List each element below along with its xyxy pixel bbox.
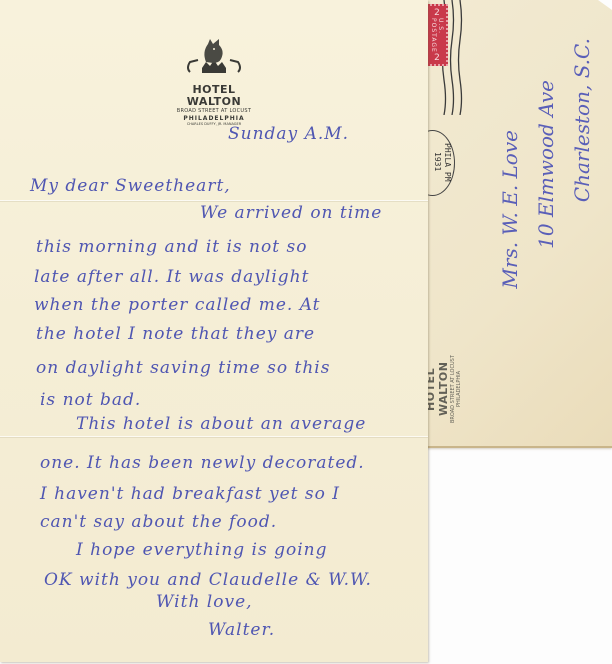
- letterhead-hotel-name: HOTEL WALTON: [176, 84, 252, 108]
- stamp-value-top: 2: [434, 8, 440, 18]
- envelope-return-logo: HOTEL WALTON BROAD STREET AT LOCUST PHIL…: [424, 352, 464, 426]
- letter-line-11: can't say about the food.: [40, 512, 277, 532]
- letter-line-2: this morning and it is not so: [36, 237, 307, 257]
- letter-date: Sunday A.M.: [228, 124, 349, 144]
- envelope: 2 U.S. POSTAGE 2 PHILA PM 1931 Mrs. W. E…: [420, 0, 612, 448]
- letterhead-street: BROAD STREET AT LOCUST: [176, 108, 252, 115]
- letter-line-7: is not bad.: [40, 390, 141, 410]
- address-street: 10 Elmwood Ave: [534, 80, 558, 249]
- boar-crest-icon: [184, 38, 244, 80]
- letterhead-city: PHILADELPHIA: [176, 115, 252, 122]
- letter-salutation: My dear Sweetheart,: [30, 176, 231, 196]
- postage-stamp: 2 U.S. POSTAGE 2: [426, 4, 448, 66]
- address-recipient: Mrs. W. E. Love: [498, 130, 522, 289]
- mailing-address: Mrs. W. E. Love 10 Elmwood Ave Charlesto…: [490, 20, 610, 320]
- letter-line-9: one. It has been newly decorated.: [40, 453, 365, 473]
- stamp-label: U.S. POSTAGE: [430, 18, 444, 53]
- letter-line-5: the hotel I note that they are: [36, 324, 315, 344]
- letter-line-6: on daylight saving time so this: [36, 358, 330, 378]
- letter-sheet: HOTEL WALTON BROAD STREET AT LOCUST PHIL…: [0, 0, 428, 662]
- letter-line-13: OK with you and Claudelle & W.W.: [44, 570, 372, 590]
- address-city: Charleston, S.C.: [570, 38, 594, 202]
- letter-signature: Walter.: [208, 620, 275, 640]
- letterhead: HOTEL WALTON BROAD STREET AT LOCUST PHIL…: [176, 38, 252, 127]
- letter-line-1: We arrived on time: [200, 203, 382, 223]
- letter-line-3: late after all. It was daylight: [34, 267, 309, 287]
- envelope-logo-city: PHILADELPHIA: [456, 352, 462, 426]
- letter-line-4: when the porter called me. At: [34, 295, 321, 315]
- stamp-value-bottom: 2: [434, 53, 440, 63]
- letter-line-10: I haven't had breakfast yet so I: [40, 484, 340, 504]
- letter-closing: With love,: [156, 592, 253, 612]
- envelope-torn-corner: [598, 0, 612, 10]
- letter-line-8: This hotel is about an average: [76, 414, 366, 434]
- letter-line-12: I hope everything is going: [76, 540, 328, 560]
- paper-fold: [0, 436, 428, 437]
- paper-fold: [0, 200, 428, 201]
